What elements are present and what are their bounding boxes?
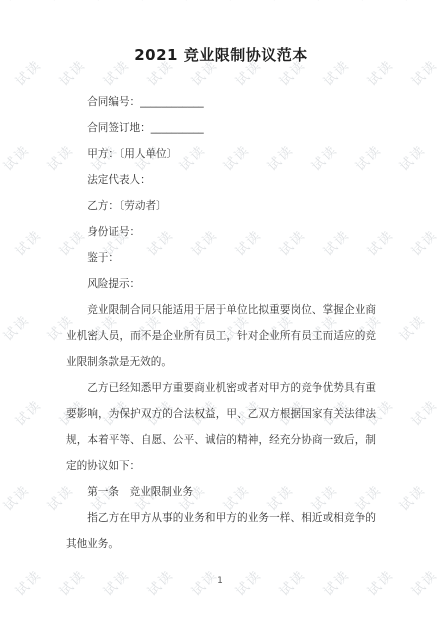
article-1-body: 指乙方在甲方从事的业务和甲方的业务一样、相近或相竞争的其他业务。 [66,505,376,557]
paragraph-risk-description: 竞业限制合同只能适用于居于单位比拟重要岗位、掌握企业商业机密人员，而不是企业所有… [66,297,376,375]
document-body: 合同编号：____________ 合同签订地：__________ 甲方：〔用… [66,89,376,557]
field-legal-representative: 法定代表人： [66,167,376,193]
field-id-number: 身份证号： [66,219,376,245]
field-signing-place: 合同签订地：__________ [66,115,376,141]
field-contract-number: 合同编号：____________ [66,89,376,115]
page-number: 1 [0,576,440,586]
document-page: 试读试读试读试读试读试读试读试读试读试读试读试读试读试读试读试读试读试读试读试读… [0,0,440,620]
field-risk-notice: 风险提示： [66,271,376,297]
article-1-heading: 第一条 竞业限制业务 [66,479,376,505]
field-party-b: 乙方：〔劳动者〕 [66,193,376,219]
paragraph-preamble: 乙方已经知悉甲方重要商业机密或者对甲方的竞争优势具有重要影响，为保护双方的合法权… [66,375,376,479]
document-title: 2021 竞业限制协议范本 [66,44,376,66]
field-party-a: 甲方：〔用人单位〕 [66,141,376,167]
field-whereas: 鉴于： [66,245,376,271]
document-content: 2021 竞业限制协议范本 合同编号：____________ 合同签订地：__… [0,0,440,620]
